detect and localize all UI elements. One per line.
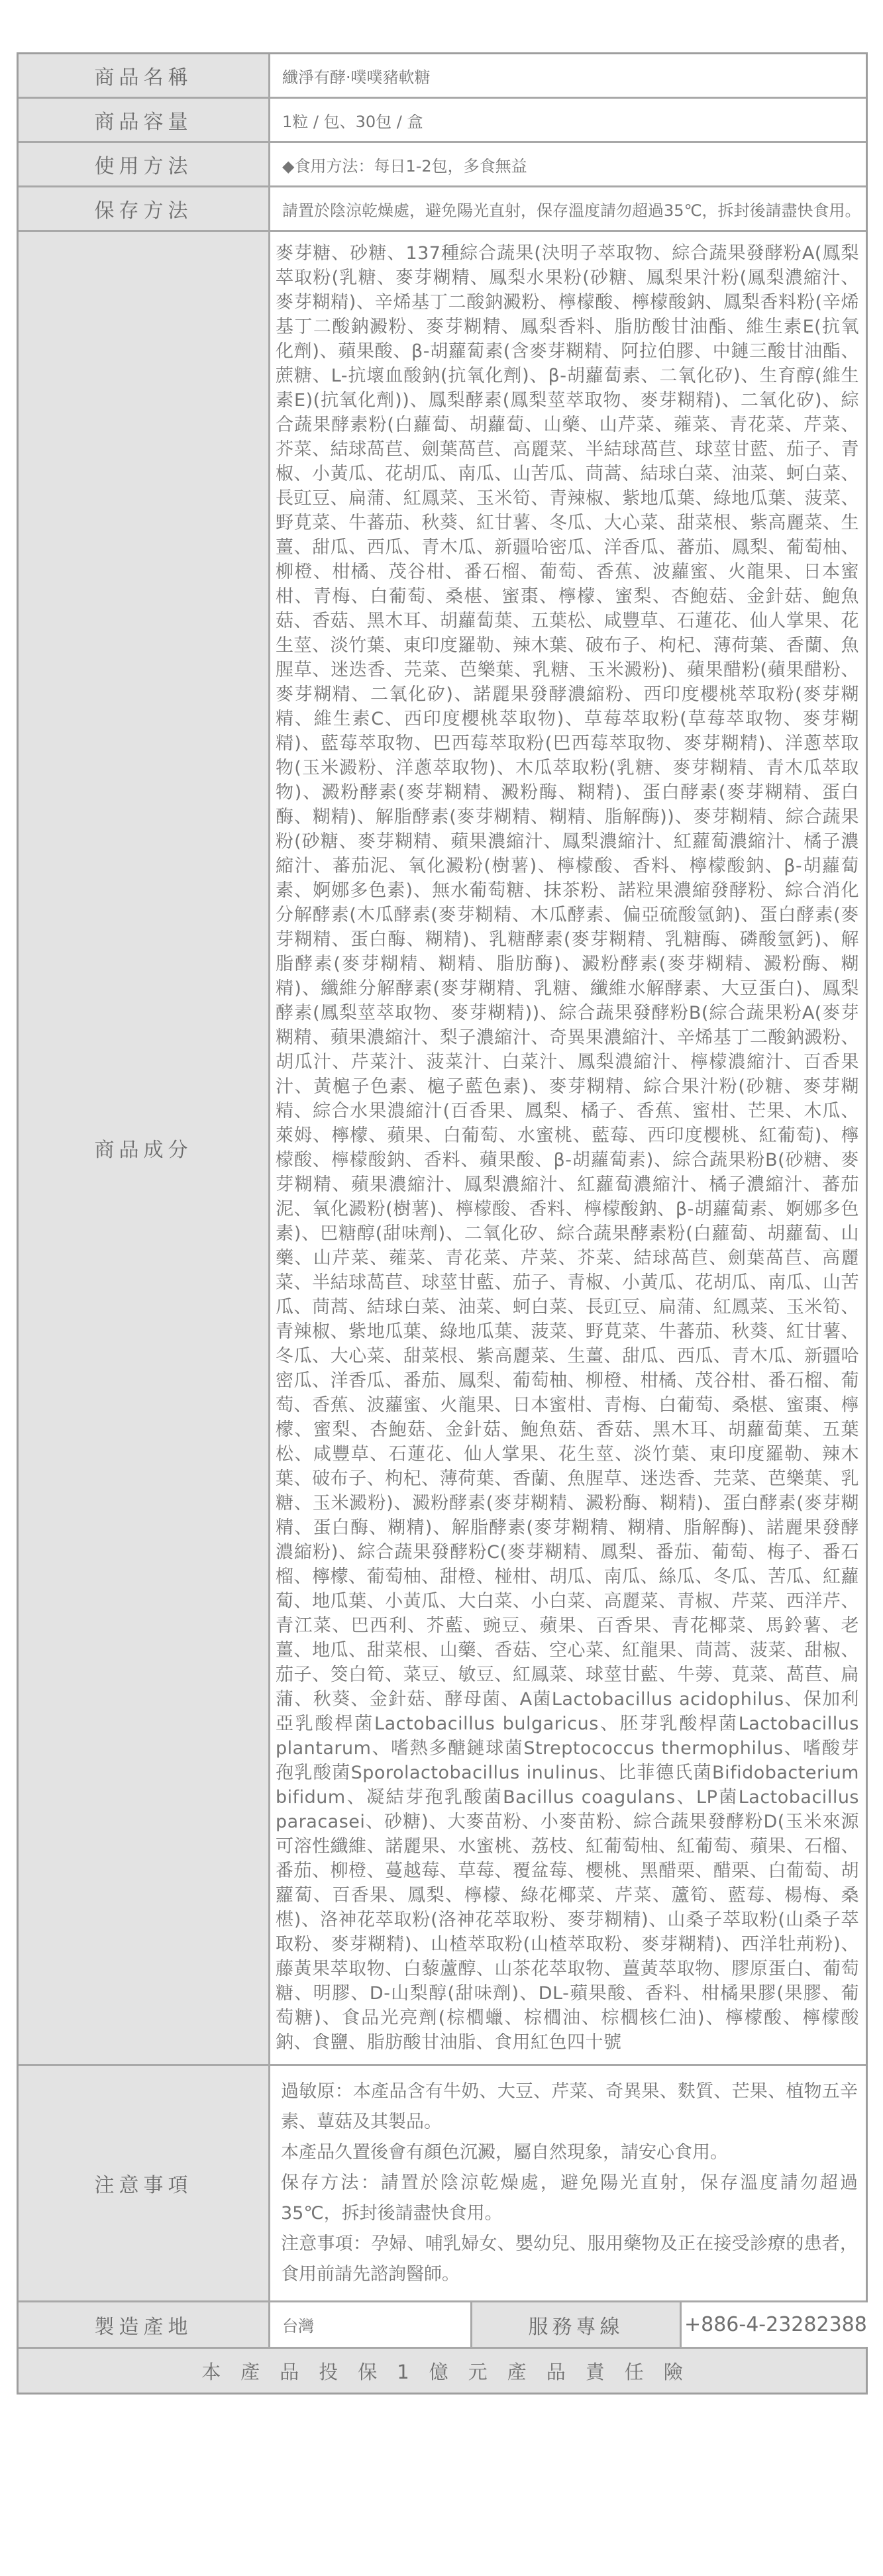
product-spec-table: 商品名稱 纖淨有酵·噗噗豬軟糖 商品容量 1粒 / 包、30包 / 盒 使用方法… [17,52,868,2395]
row-ingredients: 商品成分 麥芽糖、砂糖、137種綜合蔬果(決明子萃取物、綜合蔬果發酵粉A(鳳梨萃… [19,232,866,2066]
row-product-capacity: 商品容量 1粒 / 包、30包 / 盒 [19,99,866,143]
product-name-label: 商品名稱 [19,54,270,97]
row-notice: 注意事項 過敏原：本產品含有牛奶、大豆、芹菜、奇異果、麩質、芒果、植物五辛素、蕈… [19,2066,866,2302]
notice-paragraph-storage: 保存方法：請置於陰涼乾燥處，避免陽光直射，保存溫度請勿超過35℃，拆封後請盡快食… [281,2168,858,2229]
storage-label: 保存方法 [19,187,270,230]
notice-value: 過敏原：本產品含有牛奶、大豆、芹菜、奇異果、麩質、芒果、植物五辛素、蕈菇及其製品… [270,2066,866,2300]
product-spec-page: 商品名稱 纖淨有酵·噗噗豬軟糖 商品容量 1粒 / 包、30包 / 盒 使用方法… [0,0,883,2576]
row-storage: 保存方法 請置於陰涼乾燥處，避免陽光直射，保存溫度請勿超過35℃，拆封後請盡快食… [19,187,866,232]
hotline-label: 服務專線 [470,2302,682,2347]
usage-value: ◆食用方法：每日1-2包，多食無益 [270,143,866,185]
origin-label: 製造產地 [19,2302,270,2347]
usage-label: 使用方法 [19,143,270,185]
hotline-value: +886-4-23282388 [682,2302,870,2347]
ingredients-label: 商品成分 [19,232,270,2064]
notice-paragraph-allergen: 過敏原：本產品含有牛奶、大豆、芹菜、奇異果、麩質、芒果、植物五辛素、蕈菇及其製品… [281,2077,858,2138]
notice-paragraph-color: 本產品久置後會有顏色沉澱，屬自然現象，請安心食用。 [281,2138,858,2168]
notice-label: 注意事項 [19,2066,270,2300]
row-insurance-banner: 本產品投保1億元產品責任險 [19,2349,866,2393]
ingredients-value: 麥芽糖、砂糖、137種綜合蔬果(決明子萃取物、綜合蔬果發酵粉A(鳳梨萃取粉(乳糖… [270,232,866,2064]
storage-value: 請置於陰涼乾燥處，避免陽光直射，保存溫度請勿超過35℃，拆封後請盡快食用。 [270,187,866,230]
product-capacity-label: 商品容量 [19,99,270,141]
origin-value: 台灣 [270,2302,470,2347]
row-origin-hotline: 製造產地 台灣 服務專線 +886-4-23282388 [19,2302,866,2349]
row-usage: 使用方法 ◆食用方法：每日1-2包，多食無益 [19,143,866,187]
product-name-value: 纖淨有酵·噗噗豬軟糖 [270,54,866,97]
product-capacity-value: 1粒 / 包、30包 / 盒 [270,99,866,141]
insurance-text: 本產品投保1億元產品責任險 [182,2357,702,2385]
notice-paragraph-caution: 注意事項：孕婦、哺乳婦女、嬰幼兒、服用藥物及正在接受診療的患者，食用前請先諮詢醫… [281,2229,858,2290]
row-product-name: 商品名稱 纖淨有酵·噗噗豬軟糖 [19,54,866,99]
